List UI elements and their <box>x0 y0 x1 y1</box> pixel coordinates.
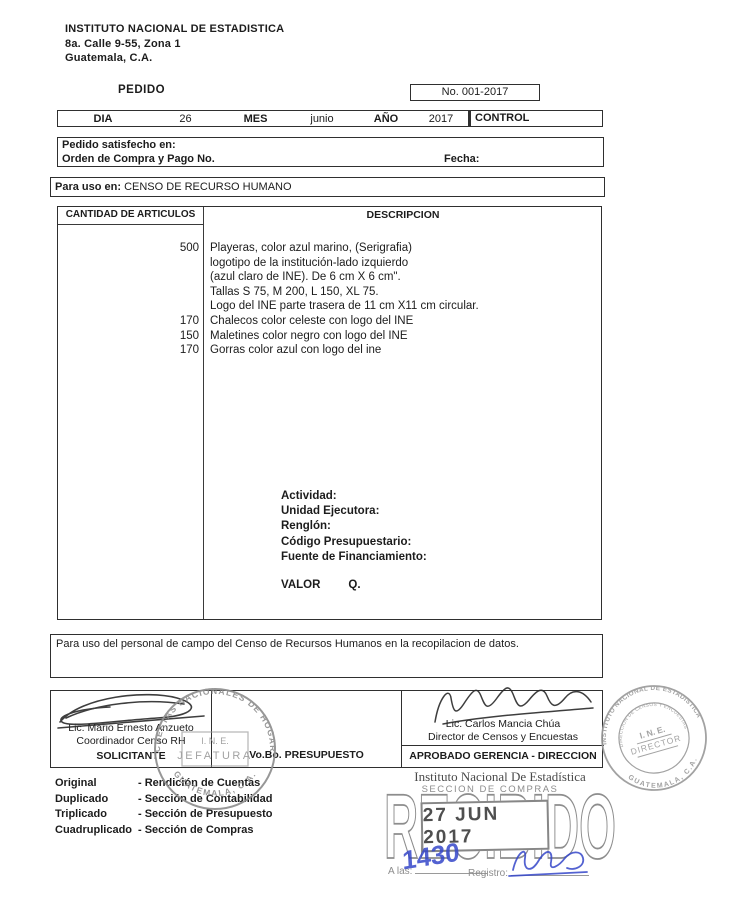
order-number-box: No. 001-2017 <box>410 84 540 101</box>
signer-role: Director de Censos y Encuestas <box>402 731 604 743</box>
table-row: (azul claro de INE). De 6 cm X 6 cm". <box>58 270 603 285</box>
mes-label: MES <box>223 113 288 125</box>
svg-text:GUATEMALA, C.A.: GUATEMALA, C.A. <box>172 769 258 798</box>
item-desc: Tallas S 75, M 200, L 150, XL 75. <box>203 285 379 300</box>
copy-dest: - Sección de Compras <box>138 823 254 839</box>
satisfecho-line1: Pedido satisfecho en: <box>62 139 176 151</box>
valor-label: VALOR <box>281 579 320 591</box>
para-uso-value: CENSO DE RECURSO HUMANO <box>121 181 292 193</box>
item-desc: (azul claro de INE). De 6 cm X 6 cm". <box>203 270 401 285</box>
item-desc: Gorras color azul con logo del ine <box>203 343 381 358</box>
items-table: CANTIDAD DE ARTICULOS DESCRIPCION 500Pla… <box>57 206 602 620</box>
dia-label: DIA <box>58 113 148 125</box>
fecha-label: Fecha: <box>444 153 479 165</box>
stamp-center-jefatura: JEFATURA <box>177 750 252 762</box>
budget-label: Fuente de Financiamiento: <box>281 550 427 565</box>
table-row: 500Playeras, color azul marino, (Serigra… <box>58 241 603 256</box>
table-row: 150Maletines color negro con logo del IN… <box>58 329 603 344</box>
currency-label: Q. <box>348 579 360 591</box>
item-desc: Maletines color negro con logo del INE <box>203 329 408 344</box>
budget-label: Unidad Ejecutora: <box>281 504 427 519</box>
jefatura-stamp: ENCUESTAS NACIONALES DE HOGARES GUATEMAL… <box>150 684 280 814</box>
satisfecho-box: Pedido satisfecho en: Orden de Compra y … <box>57 137 604 167</box>
table-row: 170Chalecos color celeste con logo del I… <box>58 314 603 329</box>
org-name: INSTITUTO NACIONAL DE ESTADISTICA <box>65 22 284 37</box>
item-qty <box>58 256 203 271</box>
item-desc: Logo del INE parte trasera de 11 cm X11 … <box>203 299 479 314</box>
svg-text:GUATEMALA, C.A.: GUATEMALA, C.A. <box>625 755 704 799</box>
copy-name: Triplicado <box>55 807 138 823</box>
table-row: Logo del INE parte trasera de 11 cm X11 … <box>58 299 603 314</box>
budget-label: Actividad: <box>281 489 427 504</box>
col-header-cantidad: CANTIDAD DE ARTICULOS <box>58 209 203 225</box>
budget-label: Código Presupuestario: <box>281 535 427 550</box>
para-uso-label: Para uso en: <box>55 181 121 193</box>
item-qty: 150 <box>58 329 203 344</box>
item-qty <box>58 270 203 285</box>
mes-value: junio <box>288 113 356 125</box>
para-uso-box: Para uso en: CENSO DE RECURSO HUMANO <box>50 177 605 197</box>
item-qty: 170 <box>58 343 203 358</box>
stamp-ring-bottom-text: GUATEMALA, C.A. <box>172 769 258 798</box>
purpose-box: Para uso del personal de campo del Censo… <box>50 634 603 678</box>
item-qty <box>58 285 203 300</box>
budget-block: Actividad: Unidad Ejecutora: Renglón: Có… <box>281 489 427 593</box>
item-qty <box>58 299 203 314</box>
orden-compra-label: Orden de Compra y Pago No. <box>62 153 215 165</box>
item-qty: 170 <box>58 314 203 329</box>
pedido-form-page: INSTITUTO NACIONAL DE ESTADISTICA 8a. Ca… <box>0 0 734 909</box>
org-city: Guatemala, C.A. <box>65 51 284 66</box>
letterhead: INSTITUTO NACIONAL DE ESTADISTICA 8a. Ca… <box>65 22 284 66</box>
anio-label: AÑO <box>356 113 416 125</box>
table-row: logotipo de la institución-lado izquierd… <box>58 256 603 271</box>
signature-label: APROBADO GERENCIA - DIRECCION <box>402 745 604 768</box>
item-desc: logotipo de la institución-lado izquierd… <box>203 256 408 271</box>
received-stamp-org: Instituto Nacional De Estadística <box>385 769 615 785</box>
stamp-ring-bottom-text: GUATEMALA, C.A. <box>625 755 704 799</box>
stamp-center-ine: I. N. E. <box>201 736 229 746</box>
director-signature <box>425 682 600 730</box>
registro-label: Registro: <box>468 868 508 879</box>
dia-value: 26 <box>148 113 223 125</box>
table-row: 170Gorras color azul con logo del ine <box>58 343 603 358</box>
date-row: DIA 26 MES junio AÑO 2017 <box>57 110 469 127</box>
item-qty: 500 <box>58 241 203 256</box>
registro-signature-scribble <box>505 840 595 880</box>
item-desc: Chalecos color celeste con logo del INE <box>203 314 413 329</box>
table-row: Tallas S 75, M 200, L 150, XL 75. <box>58 285 603 300</box>
col-header-descripcion: DESCRIPCION <box>203 209 603 221</box>
copy-name: Cuadruplicado <box>55 823 138 839</box>
copy-name: Original <box>55 776 138 792</box>
control-box: CONTROL <box>468 110 603 127</box>
list-item: Cuadruplicado- Sección de Compras <box>55 823 272 839</box>
form-title: PEDIDO <box>118 84 165 96</box>
org-address: 8a. Calle 9-55, Zona 1 <box>65 37 284 52</box>
item-desc: Playeras, color azul marino, (Serigrafia… <box>203 241 412 256</box>
budget-label: Renglón: <box>281 519 427 534</box>
anio-value: 2017 <box>416 113 466 125</box>
items-rows: 500Playeras, color azul marino, (Serigra… <box>58 241 603 358</box>
copy-name: Duplicado <box>55 792 138 808</box>
